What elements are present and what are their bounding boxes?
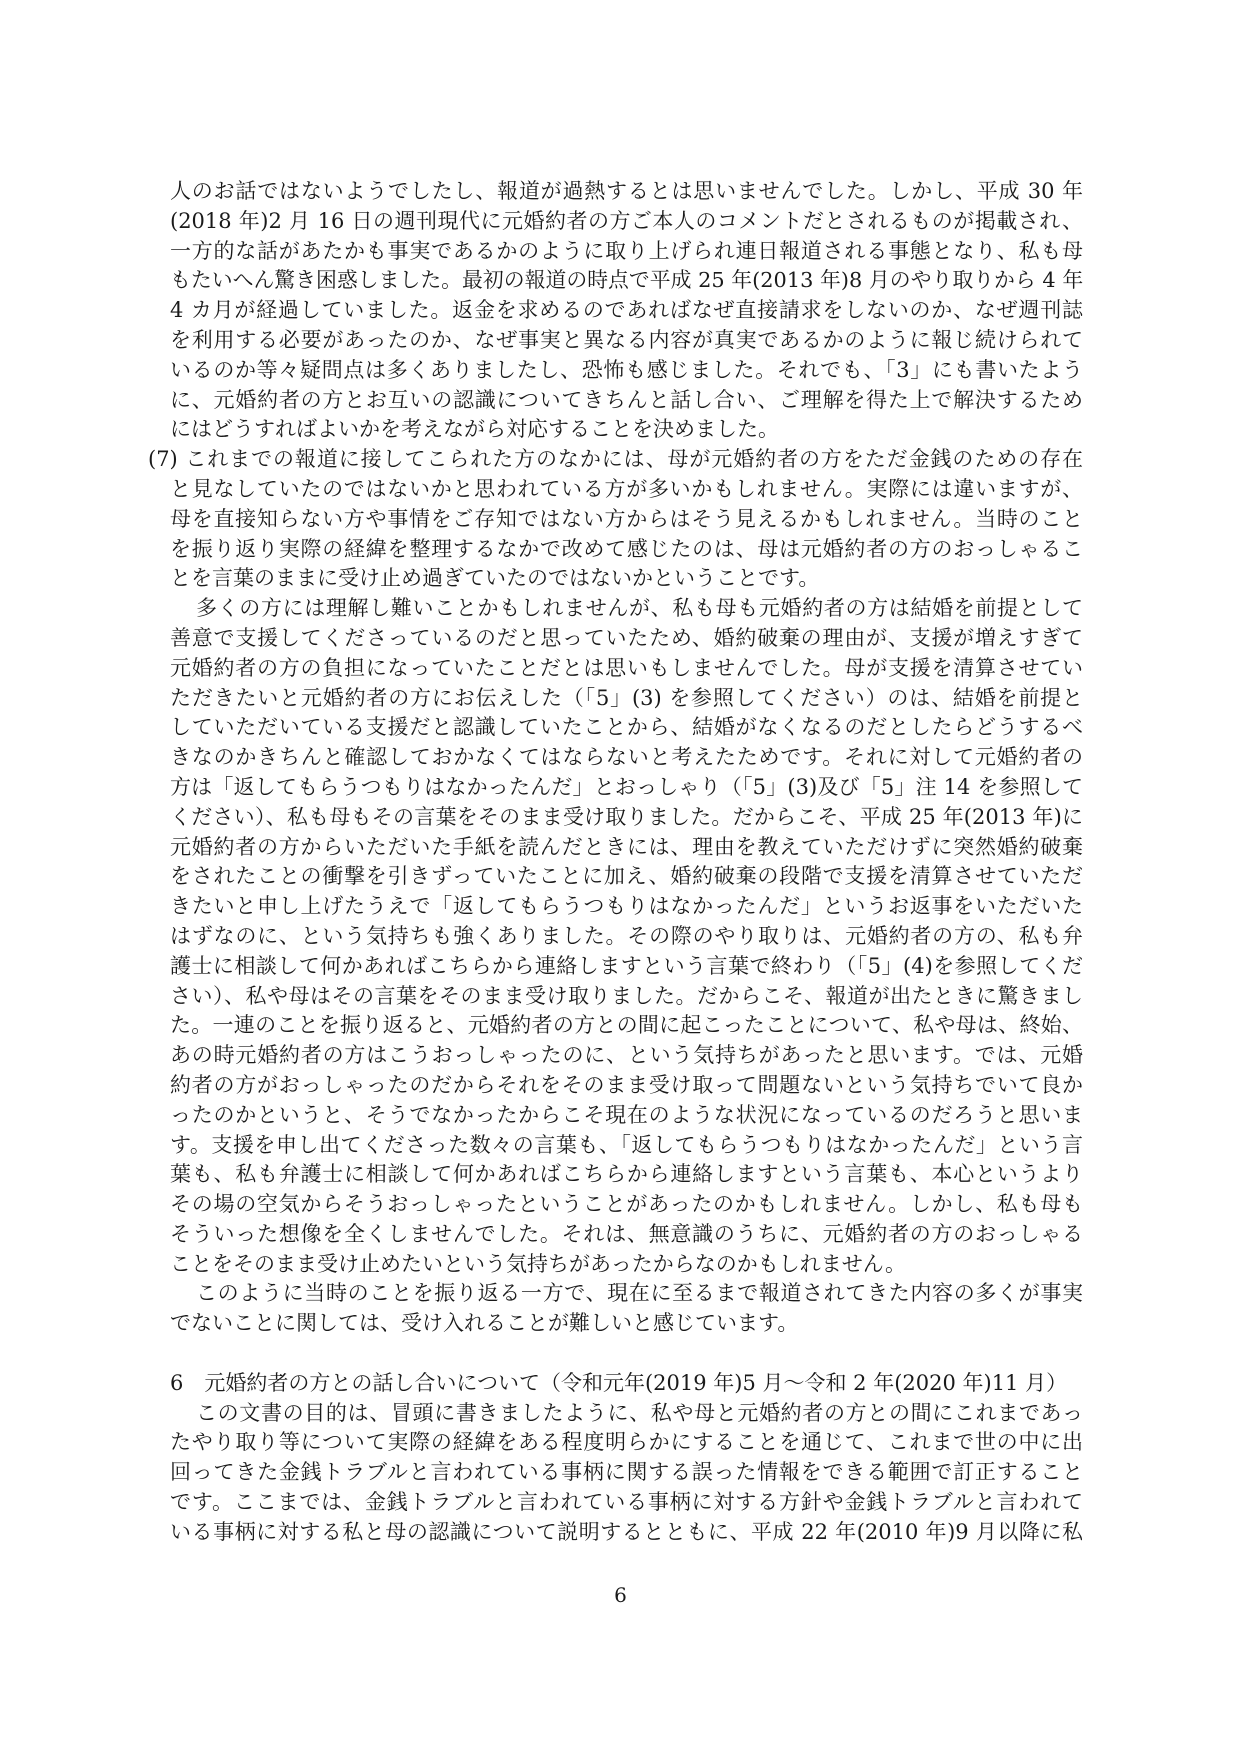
text-line: 葉も、私も弁護士に相談して何かあればこちらから連絡しますという言葉も、本心という…	[170, 1160, 1083, 1190]
text-line: いる事柄に対する私と母の認識について説明するとともに、平成 22 年(2010 …	[170, 1518, 1083, 1548]
text-line: さい）、私や母はその言葉をそのまま受け取りました。だからこそ、報道が出たときに驚…	[170, 982, 1083, 1012]
text-line: をされたことの衝撃を引きずっていたことに加え、婚約破棄の段階で支援を清算させてい…	[170, 862, 1083, 892]
text-line: 善意で支援してくださっているのだと思っていたため、婚約破棄の理由が、支援が増えす…	[170, 624, 1083, 654]
text-line: このように当時のことを振り返る一方で、現在に至るまで報道されてきた内容の多くが事…	[170, 1279, 1083, 1309]
text-line: はずなのに、という気持ちも強くありました。その際のやり取りは、元婚約者の方の、私…	[170, 922, 1083, 952]
text-line: 母を直接知らない方や事情をご存知ではない方からはそう見えるかもしれません。当時の…	[170, 505, 1083, 535]
text-line: 4 カ月が経過していました。返金を求めるのであればなぜ直接請求をしないのか、なぜ…	[170, 296, 1083, 326]
text-line: に、元婚約者の方とお互いの認識についてきちんと話し合い、ご理解を得た上で解決する…	[170, 386, 1083, 416]
text-line: 一方的な話があたかも事実であるかのように取り上げられ連日報道される事態となり、私…	[170, 237, 1083, 267]
text-line: たやり取り等について実際の経緯をある程度明らかにすることを通じて、これまで世の中…	[170, 1428, 1083, 1458]
text-line: 方は「返してもらうつもりはなかったんだ」とおっしゃり（「5」(3)及び「5」注 …	[170, 773, 1083, 803]
text-line: きなのかきちんと確認しておかなくてはならないと考えたためです。それに対して元婚約…	[170, 743, 1083, 773]
list-item-line: (7) これまでの報道に接してこられた方のなかには、母が元婚約者の方をただ金銭の…	[148, 445, 1083, 475]
text-line: ことをそのまま受け止めたいという気持ちがあったからなのかもしれません。	[170, 1250, 1083, 1280]
text-line: あの時元婚約者の方はこうおっしゃったのに、という気持ちがあったと思います。では、…	[170, 1041, 1083, 1071]
text-line: す。支援を申し出てくださった数々の言葉も、「返してもらうつもりはなかったんだ」と…	[170, 1131, 1083, 1161]
text-line: 元婚約者の方からいただいた手紙を読んだときには、理由を教えていただけずに突然婚約…	[170, 833, 1083, 863]
text-line: もたいへん驚き困惑しました。最初の報道の時点で平成 25 年(2013 年)8 …	[170, 266, 1083, 296]
text-line: です。ここまでは、金銭トラブルと言われている事柄に対する方針や金銭トラブルと言わ…	[170, 1488, 1083, 1518]
text-line: た。一連のことを振り返ると、元婚約者の方との間に起こったことについて、私や母は、…	[170, 1011, 1083, 1041]
text-line: ください）、私も母もその言葉をそのまま受け取りました。だからこそ、平成 25 年…	[170, 803, 1083, 833]
text-line: 元婚約者の方の負担になっていたことだとは思いもしませんでした。母が支援を清算させ…	[170, 654, 1083, 684]
text-line: そういった想像を全くしませんでした。それは、無意識のうちに、元婚約者の方のおっし…	[170, 1220, 1083, 1250]
text-line: 約者の方がおっしゃったのだからそれをそのまま受け取って問題ないという気持ちでいて…	[170, 1071, 1083, 1101]
text-line: していただいている支援だと認識していたことから、結婚がなくなるのだとしたらどうす…	[170, 713, 1083, 743]
document-page: 人のお話ではないようでしたし、報道が過熱するとは思いませんでした。しかし、平成 …	[0, 0, 1241, 1755]
text-line: ただきたいと元婚約者の方にお伝えした（「5」(3) を参照してください）のは、結…	[170, 684, 1083, 714]
page-number: 6	[0, 1583, 1241, 1607]
text-line: その場の空気からそうおっしゃったということがあったのかもしれません。しかし、私も…	[170, 1190, 1083, 1220]
text-line: と見なしていたのではないかと思われている方が多いかもしれません。実際には違います…	[170, 475, 1083, 505]
text-line: 人のお話ではないようでしたし、報道が過熱するとは思いませんでした。しかし、平成 …	[170, 177, 1083, 207]
document-body: 人のお話ではないようでしたし、報道が過熱するとは思いませんでした。しかし、平成 …	[170, 177, 1083, 1548]
text-line: 護士に相談して何かあればこちらから連絡しますという言葉で終わり（「5」(4)を参…	[170, 952, 1083, 982]
text-line: を振り返り実際の経緯を整理するなかで改めて感じたのは、母は元婚約者の方のおっしゃ…	[170, 535, 1083, 565]
text-line: (2018 年)2 月 16 日の週刊現代に元婚約者の方ご本人のコメントだとされ…	[170, 207, 1083, 237]
blank-line	[170, 1339, 1083, 1369]
text-line: を利用する必要があったのか、なぜ事実と異なる内容が真実であるかのように報じ続けら…	[170, 326, 1083, 356]
section-heading: 6 元婚約者の方との話し合いについて（令和元年(2019 年)5 月～令和 2 …	[170, 1369, 1083, 1399]
text-line: きたいと申し上げたうえで「返してもらうつもりはなかったんだ」というお返事をいただ…	[170, 892, 1083, 922]
text-line: この文書の目的は、冒頭に書きましたように、私や母と元婚約者の方との間にこれまであ…	[170, 1399, 1083, 1429]
text-line: 回ってきた金銭トラブルと言われている事柄に関する誤った情報をできる範囲で訂正する…	[170, 1458, 1083, 1488]
text-line: でないことに関しては、受け入れることが難しいと感じています。	[170, 1309, 1083, 1339]
text-line: ったのかというと、そうでなかったからこそ現在のような状況になっているのだろうと思…	[170, 1101, 1083, 1131]
text-line: 多くの方には理解し難いことかもしれませんが、私も母も元婚約者の方は結婚を前提とし…	[170, 594, 1083, 624]
text-line: にはどうすればよいかを考えながら対応することを決めました。	[170, 415, 1083, 445]
text-line: とを言葉のままに受け止め過ぎていたのではないかということです。	[170, 564, 1083, 594]
text-line: いるのか等々疑問点は多くありましたし、恐怖も感じました。それでも、「3」にも書い…	[170, 356, 1083, 386]
